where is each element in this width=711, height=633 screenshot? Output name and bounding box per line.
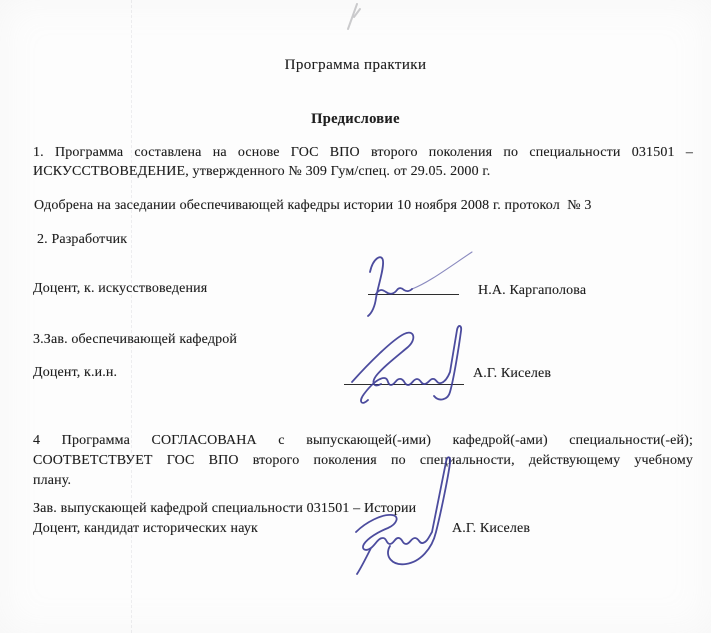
developer-name: Н.А. Каргаполова: [478, 281, 586, 300]
document-title: Программа практики: [0, 56, 711, 75]
dept-head-name: А.Г. Киселев: [473, 364, 551, 383]
dept-head-position: Доцент, к.и.н.: [33, 363, 117, 382]
signature-kargapolova: [350, 246, 475, 318]
final-position-line2: Доцент, кандидат исторических наук: [33, 519, 258, 538]
scanned-document-page: Программа практики Предисловие 1. Програ…: [0, 0, 711, 633]
developer-position: Доцент, к. искусствоведения: [33, 279, 207, 298]
item4-line1: 4 Программа СОГЛАСОВАНА с выпускающей(-и…: [33, 431, 693, 451]
pencil-mark: [342, 2, 368, 32]
item1-line1: 1. Программа составлена на основе ГОС ВП…: [33, 143, 693, 162]
item2-heading: 2. Разработчик: [37, 230, 127, 249]
item1-line2: ИСКУССТВОВЕДЕНИЕ, утвержденного № 309 Гу…: [33, 162, 693, 181]
signature-kiselev-1: [338, 322, 483, 410]
paper-fold-mark: [131, 0, 132, 633]
signature-kiselev-2: [346, 452, 464, 578]
preface-heading: Предисловие: [0, 110, 711, 129]
item1-paragraph: 1. Программа составлена на основе ГОС ВП…: [33, 143, 693, 181]
approval-line: Одобрена на заседании обеспечивающей каф…: [34, 196, 592, 215]
item3-heading: 3.Зав. обеспечивающей кафедрой: [33, 330, 237, 349]
